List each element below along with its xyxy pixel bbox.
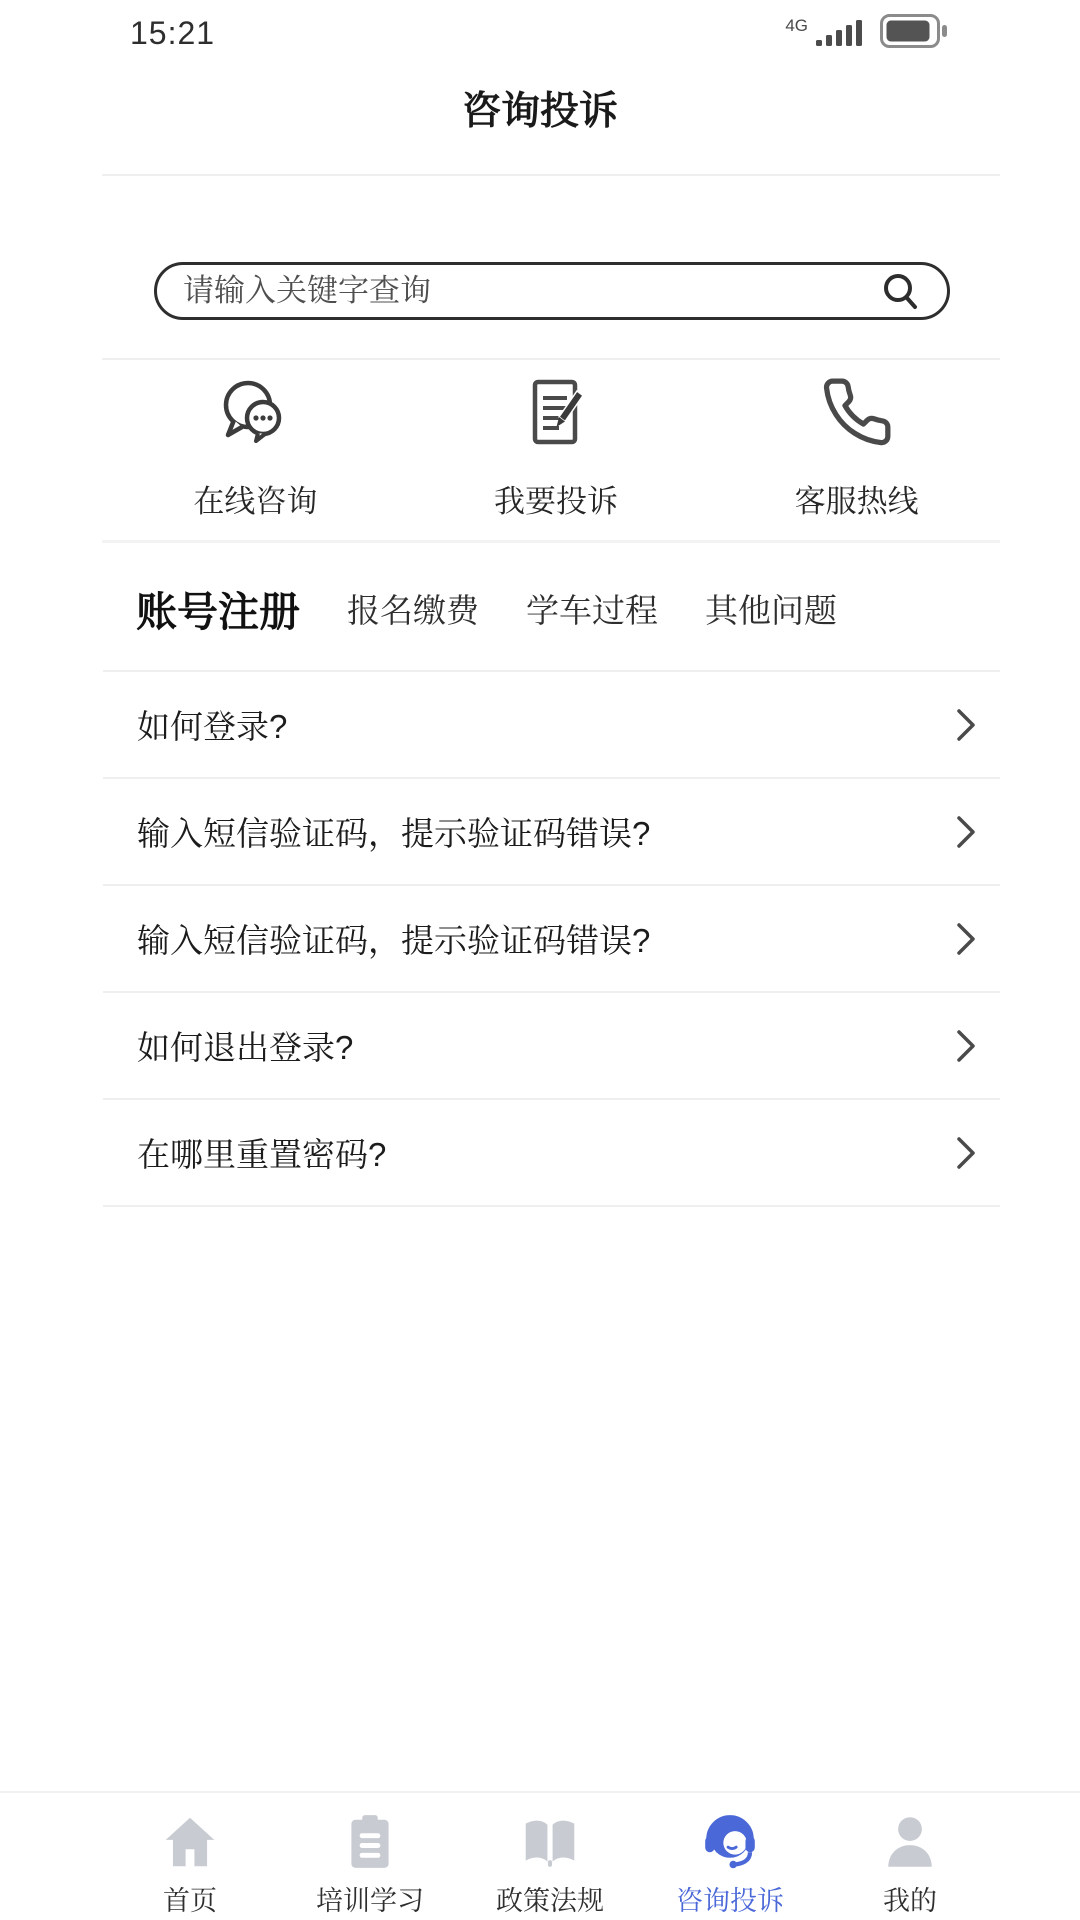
- chevron-right-icon: [954, 705, 978, 745]
- status-time: 15:21: [130, 15, 215, 52]
- nav-label: 培训学习: [316, 1879, 424, 1918]
- nav-item-training[interactable]: 培训学习: [280, 1807, 460, 1918]
- person-icon: [879, 1807, 941, 1873]
- faq-item-sms-code-error-2[interactable]: 输入短信验证码，提示验证码错误?: [103, 886, 1000, 993]
- bottom-nav: 首页 培训学习: [0, 1791, 1080, 1920]
- category-tabs: 账号注册 报名缴费 学车过程 其他问题: [136, 574, 1000, 642]
- quick-action-hotline[interactable]: 客服热线: [706, 372, 1007, 521]
- phone-icon: [820, 372, 894, 452]
- page-title: 咨询投诉: [0, 80, 1080, 136]
- quick-action-online-consult[interactable]: 在线咨询: [105, 372, 406, 521]
- nav-item-home[interactable]: 首页: [100, 1807, 280, 1918]
- chevron-right-icon: [954, 1026, 978, 1066]
- complaint-form-icon: [517, 372, 595, 452]
- tab-other-questions[interactable]: 其他问题: [705, 585, 837, 632]
- faq-item-how-to-login[interactable]: 如何登录?: [103, 672, 1000, 779]
- nav-item-policies[interactable]: 政策法规: [460, 1807, 640, 1918]
- nav-item-mine[interactable]: 我的: [820, 1807, 1000, 1918]
- faq-item-reset-password[interactable]: 在哪里重置密码?: [103, 1100, 1000, 1207]
- search-input[interactable]: [181, 272, 879, 310]
- quick-action-label: 客服热线: [795, 476, 919, 521]
- divider: [102, 174, 1000, 176]
- nav-label: 政策法规: [496, 1879, 604, 1918]
- home-icon: [159, 1807, 221, 1873]
- faq-question: 如何登录?: [137, 701, 287, 748]
- tab-signup-payment[interactable]: 报名缴费: [347, 585, 479, 632]
- battery-icon: [880, 14, 948, 53]
- network-type-label: 4G: [785, 16, 808, 36]
- divider: [102, 358, 1000, 360]
- faq-question: 如何退出登录?: [137, 1022, 353, 1069]
- chevron-right-icon: [954, 1133, 978, 1173]
- search-bar[interactable]: [154, 262, 950, 320]
- headset-agent-icon: [698, 1807, 762, 1873]
- tab-learning-process[interactable]: 学车过程: [526, 585, 658, 632]
- quick-actions: 在线咨询 我要投诉 客服热线: [105, 372, 1007, 521]
- faq-question: 输入短信验证码，提示验证码错误?: [137, 808, 650, 855]
- tab-account-register[interactable]: 账号注册: [136, 579, 300, 638]
- faq-question: 在哪里重置密码?: [137, 1129, 386, 1176]
- nav-item-consult-complaint[interactable]: 咨询投诉: [640, 1807, 820, 1918]
- divider: [102, 540, 1000, 543]
- nav-label: 首页: [163, 1879, 217, 1918]
- app-screen: 15:21 4G 咨询投诉: [0, 0, 1080, 1920]
- clipboard-icon: [339, 1807, 401, 1873]
- nav-label: 我的: [883, 1879, 937, 1918]
- search-icon[interactable]: [879, 269, 923, 313]
- status-bar: 15:21 4G: [130, 10, 948, 56]
- faq-question: 输入短信验证码，提示验证码错误?: [137, 915, 650, 962]
- signal-strength-icon: [814, 14, 866, 53]
- quick-action-label: 我要投诉: [494, 476, 618, 521]
- faq-item-how-to-logout[interactable]: 如何退出登录?: [103, 993, 1000, 1100]
- chat-bubbles-icon: [214, 372, 296, 452]
- faq-item-sms-code-error[interactable]: 输入短信验证码，提示验证码错误?: [103, 779, 1000, 886]
- chevron-right-icon: [954, 919, 978, 959]
- quick-action-label: 在线咨询: [193, 476, 317, 521]
- nav-label: 咨询投诉: [676, 1879, 784, 1918]
- open-book-icon: [519, 1807, 581, 1873]
- status-icons: 4G: [785, 14, 948, 53]
- quick-action-file-complaint[interactable]: 我要投诉: [406, 372, 707, 521]
- faq-list: 如何登录? 输入短信验证码，提示验证码错误? 输入短信验证码，提示验证码错误? …: [103, 670, 1000, 1207]
- chevron-right-icon: [954, 812, 978, 852]
